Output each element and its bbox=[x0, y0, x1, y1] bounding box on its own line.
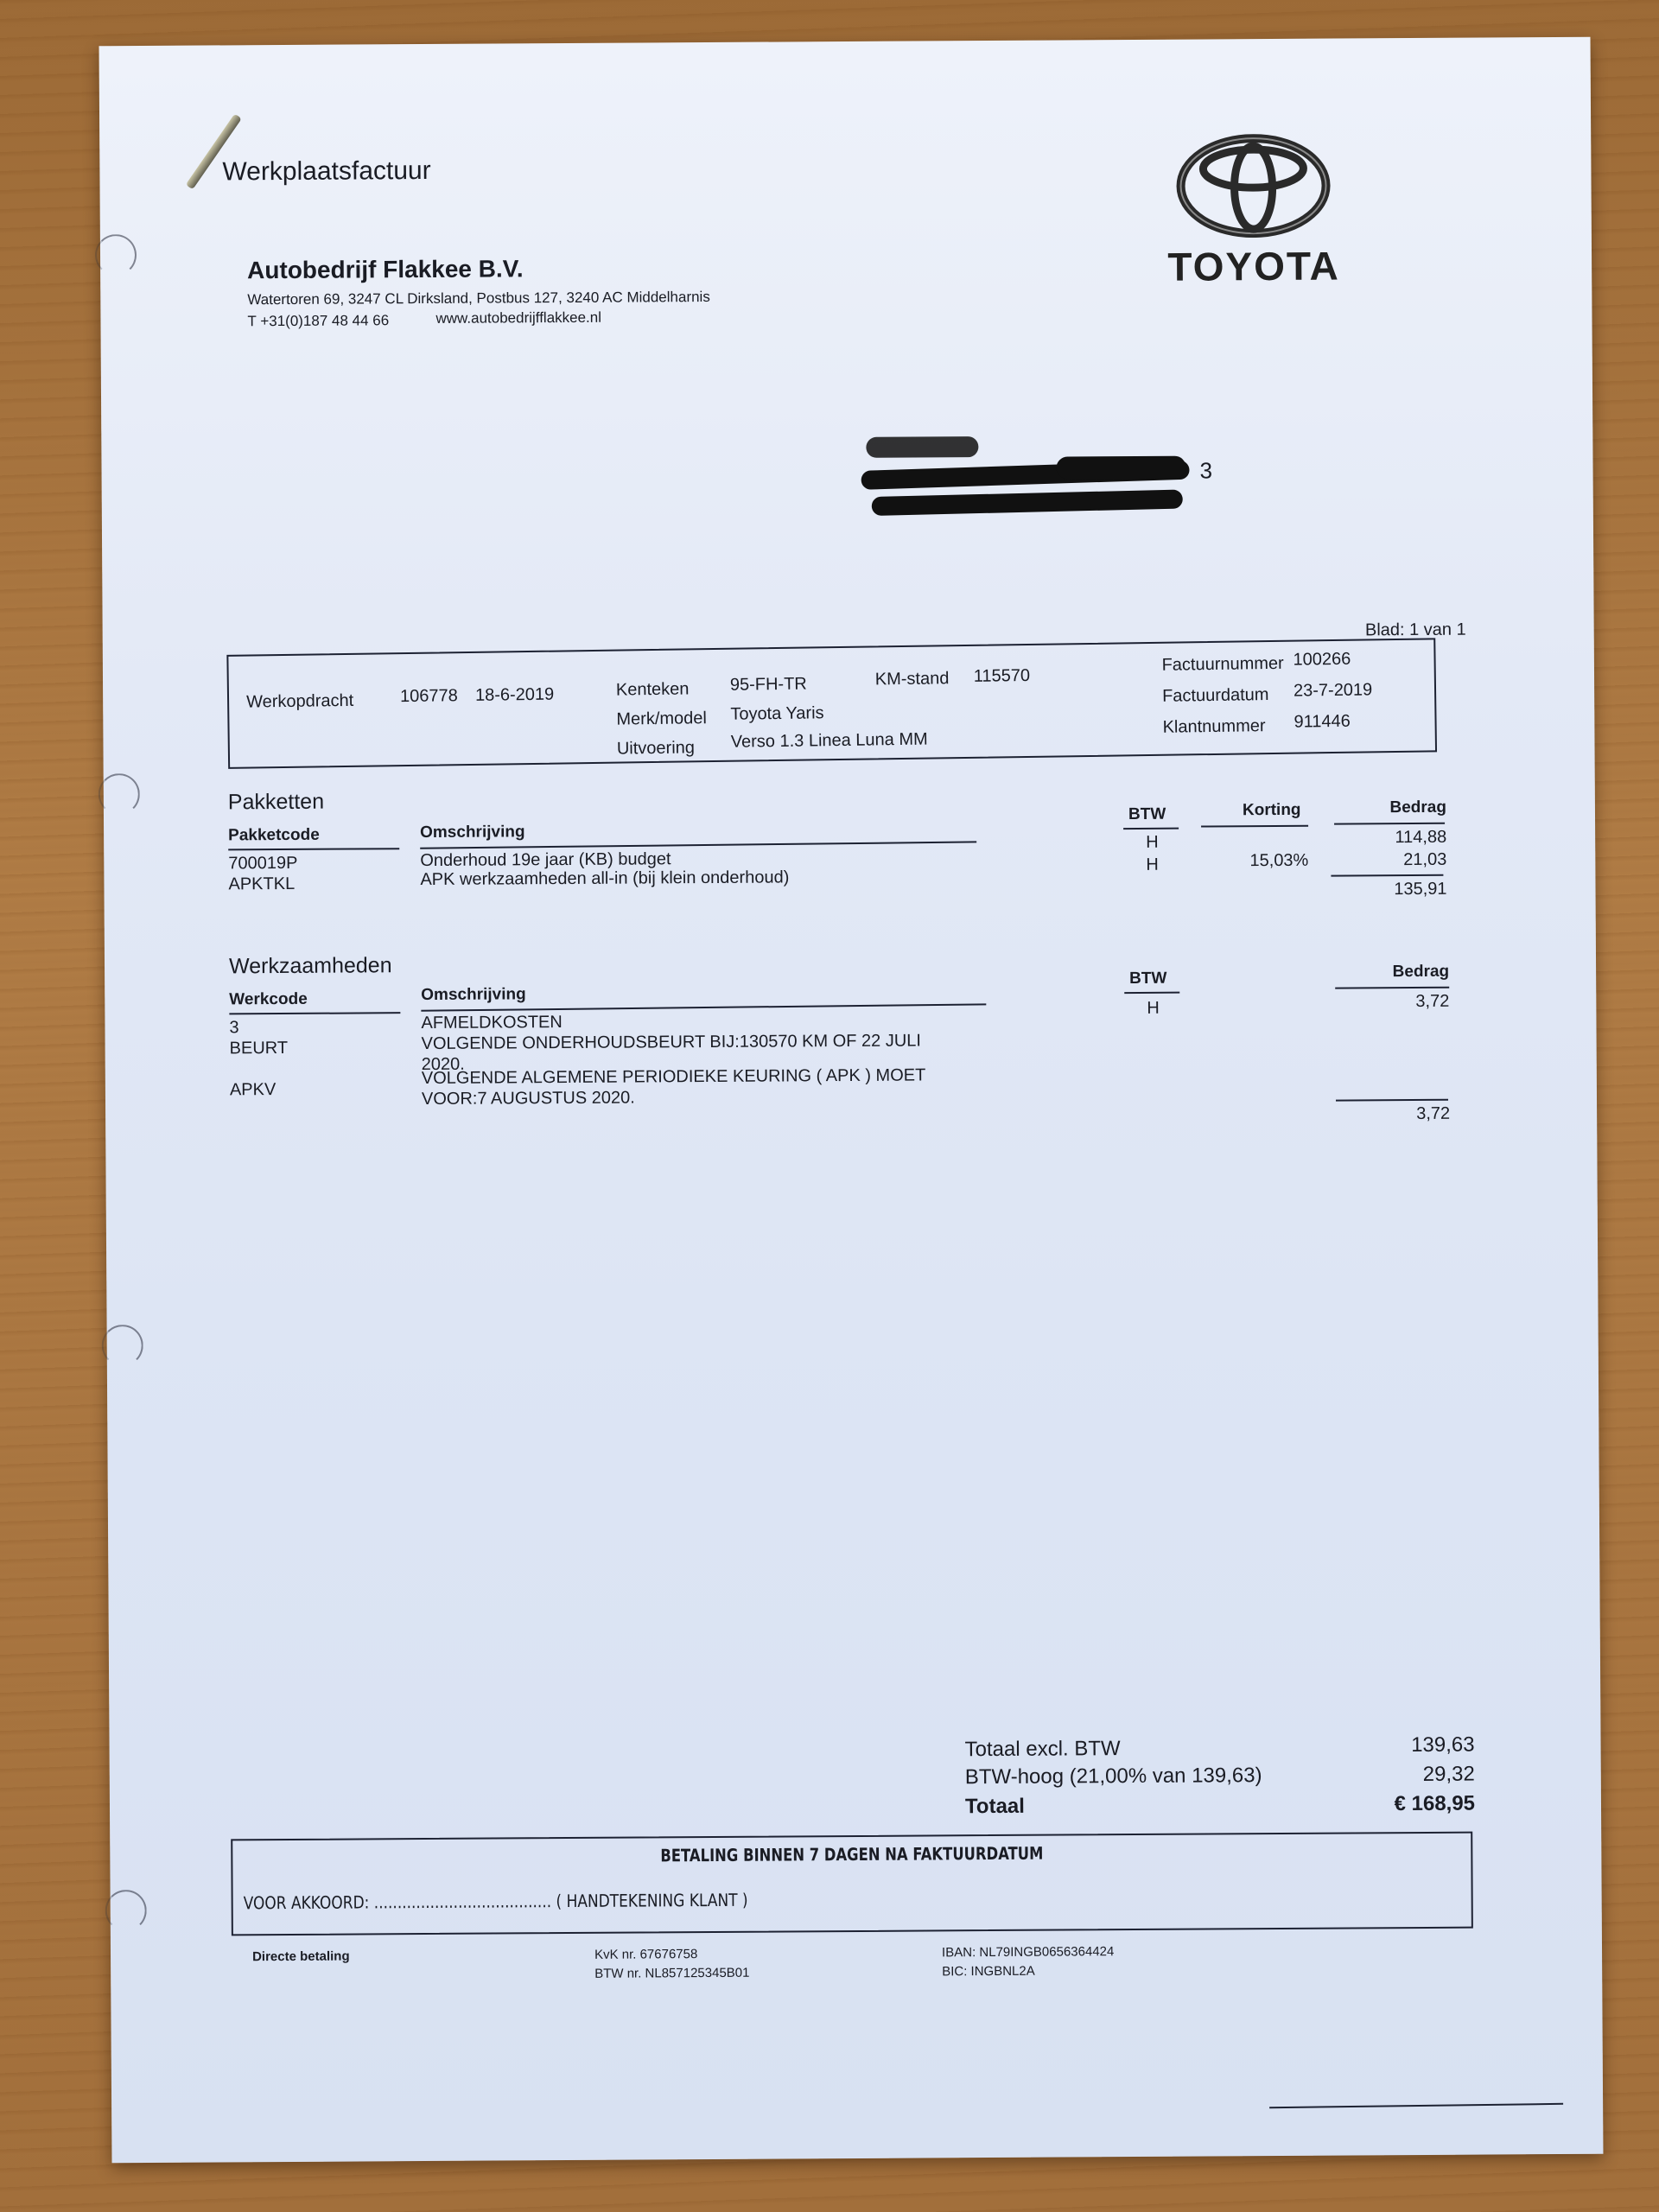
werkzaamheden-section-title: Werkzaamheden bbox=[229, 953, 392, 979]
footer-iban: IBAN: NL79INGB0656364424 bbox=[942, 1944, 1114, 1960]
werkzaamheden-row: 3 AFMELDKOSTEN H 3,72 bbox=[99, 37, 1591, 47]
row-desc: Onderhoud 19e jaar (KB) budget bbox=[420, 849, 671, 871]
punch-hole-icon bbox=[95, 234, 137, 276]
km-stand-value: 115570 bbox=[974, 666, 1031, 687]
row-bedrag: 3,72 bbox=[1332, 992, 1449, 1013]
kenteken-label: Kenteken bbox=[616, 679, 690, 700]
document-title: Werkplaatsfactuur bbox=[222, 156, 430, 187]
order-info-box: Werkopdracht 106778 18-6-2019 Kenteken 9… bbox=[226, 638, 1437, 769]
payment-terms-box: BETALING BINNEN 7 DAGEN NA FAKTUURDATUM … bbox=[231, 1832, 1473, 1936]
row-code: APKV bbox=[230, 1080, 276, 1100]
punch-hole-icon bbox=[102, 1325, 143, 1366]
pakketten-subtotal: 135,91 bbox=[1331, 880, 1446, 900]
row-code: APKTKL bbox=[228, 874, 295, 894]
redacted-recipient-address: 3 bbox=[866, 433, 1247, 522]
factuurnummer-label: Factuurnummer bbox=[1161, 654, 1283, 676]
col-btw: BTW bbox=[1129, 969, 1166, 988]
row-btw: H bbox=[1146, 855, 1159, 875]
company-phone: T +31(0)187 48 44 66 bbox=[247, 312, 389, 330]
pakketten-row: APKTKL APK werkzaamheden all-in (bij kle… bbox=[99, 37, 1591, 47]
col-bedrag: Bedrag bbox=[1365, 798, 1446, 818]
klantnummer-value: 911446 bbox=[1294, 712, 1351, 733]
factuurdatum-value: 23-7-2019 bbox=[1294, 680, 1372, 701]
company-name: Autobedrijf Flakkee B.V. bbox=[247, 255, 524, 284]
recipient-fragment: 3 bbox=[1199, 457, 1212, 484]
col-werkcode: Werkcode bbox=[229, 990, 308, 1010]
punch-hole-icon bbox=[105, 1890, 147, 1931]
col-bedrag: Bedrag bbox=[1366, 963, 1449, 982]
row-desc: VOLGENDE ALGEMENE PERIODIEKE KEURING ( A… bbox=[422, 1065, 926, 1089]
footer-kvk: KvK nr. 67676758 bbox=[594, 1947, 697, 1962]
merk-model-label: Merk/model bbox=[616, 709, 707, 729]
footer-bic: BIC: INGBNL2A bbox=[942, 1964, 1035, 1980]
row-btw: H bbox=[1146, 833, 1159, 853]
brand-name: TOYOTA bbox=[1150, 242, 1357, 289]
payment-notice: BETALING BINNEN 7 DAGEN NA FAKTUURDATUM bbox=[344, 1840, 1359, 1867]
totals-block: Totaal excl. BTW 139,63 BTW-hoog (21,00%… bbox=[99, 37, 1591, 47]
row-bedrag: 21,03 bbox=[1331, 850, 1446, 871]
brand-logo: TOYOTA bbox=[1149, 133, 1357, 289]
col-btw: BTW bbox=[1128, 805, 1166, 824]
pakketten-row: 700019P Onderhoud 19e jaar (KB) budget H… bbox=[99, 37, 1591, 47]
row-code: 700019P bbox=[228, 854, 297, 874]
bottom-divider bbox=[1269, 2103, 1563, 2108]
row-bedrag: 114,88 bbox=[1331, 828, 1446, 849]
footer-payment-method: Directe betaling bbox=[252, 1949, 350, 1965]
col-omschrijving: Omschrijving bbox=[421, 985, 526, 1005]
total-excl-label: Totaal excl. BTW bbox=[965, 1737, 1121, 1762]
row-desc: APK werkzaamheden all-in (bij klein onde… bbox=[420, 868, 789, 890]
row-code: BEURT bbox=[230, 1039, 289, 1058]
werkzaamheden-row: APKV VOLGENDE ALGEMENE PERIODIEKE KEURIN… bbox=[99, 37, 1591, 47]
punch-hole-icon bbox=[99, 773, 140, 815]
row-desc: AFMELDKOSTEN bbox=[421, 1013, 562, 1033]
km-stand-label: KM-stand bbox=[875, 669, 950, 690]
uitvoering-value: Verso 1.3 Linea Luna MM bbox=[731, 730, 928, 753]
total-label: Totaal bbox=[965, 1795, 1025, 1819]
col-korting: Korting bbox=[1243, 801, 1301, 820]
total-value: € 168,95 bbox=[1302, 1792, 1475, 1817]
btw-label: BTW-hoog (21,00% van 139,63) bbox=[965, 1764, 1262, 1789]
btw-value: 29,32 bbox=[1319, 1763, 1475, 1788]
werkopdracht-value: 106778 bbox=[400, 686, 458, 707]
factuurnummer-value: 100266 bbox=[1293, 650, 1351, 671]
kenteken-value: 95-FH-TR bbox=[730, 675, 807, 696]
werkzaamheden-subtotal: 3,72 bbox=[1332, 1104, 1450, 1125]
klantnummer-label: Klantnummer bbox=[1162, 716, 1265, 738]
row-code: 3 bbox=[229, 1018, 238, 1038]
invoice-paper: Werkplaatsfactuur Autobedrijf Flakkee B.… bbox=[99, 37, 1604, 2163]
werkzaamheden-row: BEURT VOLGENDE ONDERHOUDSBEURT BIJ:13057… bbox=[99, 37, 1591, 47]
row-korting: 15,03% bbox=[1210, 851, 1308, 872]
row-desc-cont: VOOR:7 AUGUSTUS 2020. bbox=[422, 1089, 635, 1110]
company-website: www.autobedrijfflakkee.nl bbox=[435, 309, 601, 327]
company-address: Watertoren 69, 3247 CL Dirksland, Postbu… bbox=[247, 289, 710, 308]
row-desc: VOLGENDE ONDERHOUDSBEURT BIJ:130570 KM O… bbox=[422, 1032, 921, 1055]
col-pakketcode: Pakketcode bbox=[228, 826, 320, 846]
footer-btw-nr: BTW nr. NL857125345B01 bbox=[594, 1966, 749, 1981]
uitvoering-label: Uitvoering bbox=[617, 738, 695, 759]
merk-model-value: Toyota Yaris bbox=[730, 703, 824, 725]
col-omschrijving: Omschrijving bbox=[420, 823, 525, 842]
signature-line: VOOR AKKOORD: ..........................… bbox=[244, 1890, 748, 1914]
factuurdatum-label: Factuurdatum bbox=[1162, 685, 1269, 707]
werkopdracht-date: 18-6-2019 bbox=[475, 685, 554, 706]
pakketten-section-title: Pakketten bbox=[228, 790, 324, 816]
row-btw: H bbox=[1147, 999, 1160, 1019]
total-excl-value: 139,63 bbox=[1319, 1733, 1474, 1758]
werkopdracht-label: Werkopdracht bbox=[246, 691, 353, 713]
toyota-logo-icon bbox=[1175, 134, 1332, 238]
